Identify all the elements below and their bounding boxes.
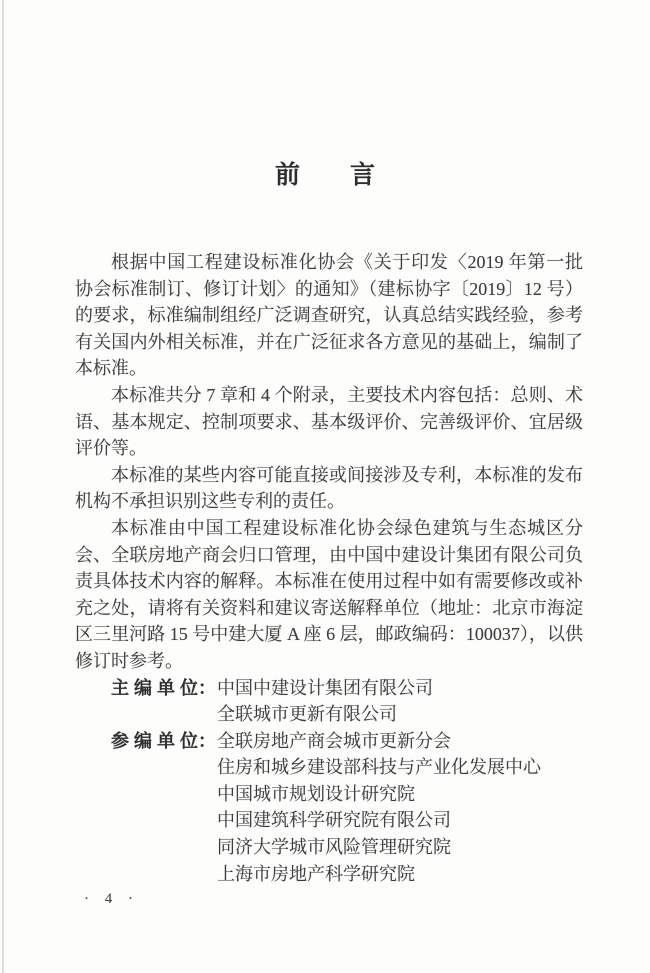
paragraph-patents: 本标准的某些内容可能直接或间接涉及专利，本标准的发布机构不承担识别这些专利的责任… [75, 462, 583, 515]
unit-item: 中国城市规划设计研究院 [217, 781, 583, 808]
paragraph-contents: 本标准共分 7 章和 4 个附录，主要技术内容包括：总则、术语、基本规定、控制项… [75, 382, 583, 462]
document-page: 前 言 根据中国工程建设标准化协会《关于印发〈2019 年第一批协会标准制订、修… [0, 0, 650, 973]
paragraph-management: 本标准由中国工程建设标准化协会绿色建筑与生态城区分会、全联房地产商会归口管理，由… [75, 515, 583, 675]
scan-edge-line [2, 0, 4, 973]
participating-editor-label: 参 编 单 位： [75, 728, 217, 755]
page-number: · 4 · [84, 891, 139, 907]
unit-item: 中国建筑科学研究院有限公司 [217, 807, 583, 834]
unit-item: 全联城市更新有限公司 [217, 701, 583, 728]
chief-editor-row: 主 编 单 位： 中国中建设计集团有限公司 全联城市更新有限公司 [75, 675, 583, 728]
unit-item: 中国中建设计集团有限公司 [217, 675, 583, 702]
participating-editor-row: 参 编 单 位： 全联房地产商会城市更新分会 住房和城乡建设部科技与产业化发展中… [75, 728, 583, 888]
foreword-body: 根据中国工程建设标准化协会《关于印发〈2019 年第一批协会标准制订、修订计划〉… [75, 249, 583, 887]
participating-editor-units: 全联房地产商会城市更新分会 住房和城乡建设部科技与产业化发展中心 中国城市规划设… [217, 728, 583, 888]
chief-editor-units: 中国中建设计集团有限公司 全联城市更新有限公司 [217, 675, 583, 728]
unit-item: 同济大学城市风险管理研究院 [217, 834, 583, 861]
paragraph-basis: 根据中国工程建设标准化协会《关于印发〈2019 年第一批协会标准制订、修订计划〉… [75, 249, 583, 382]
unit-item: 住房和城乡建设部科技与产业化发展中心 [217, 754, 583, 781]
unit-item: 全联房地产商会城市更新分会 [217, 728, 583, 755]
unit-item: 上海市房地产科学研究院 [217, 861, 583, 888]
chief-editor-label: 主 编 单 位： [75, 675, 217, 702]
foreword-title: 前 言 [0, 0, 650, 190]
